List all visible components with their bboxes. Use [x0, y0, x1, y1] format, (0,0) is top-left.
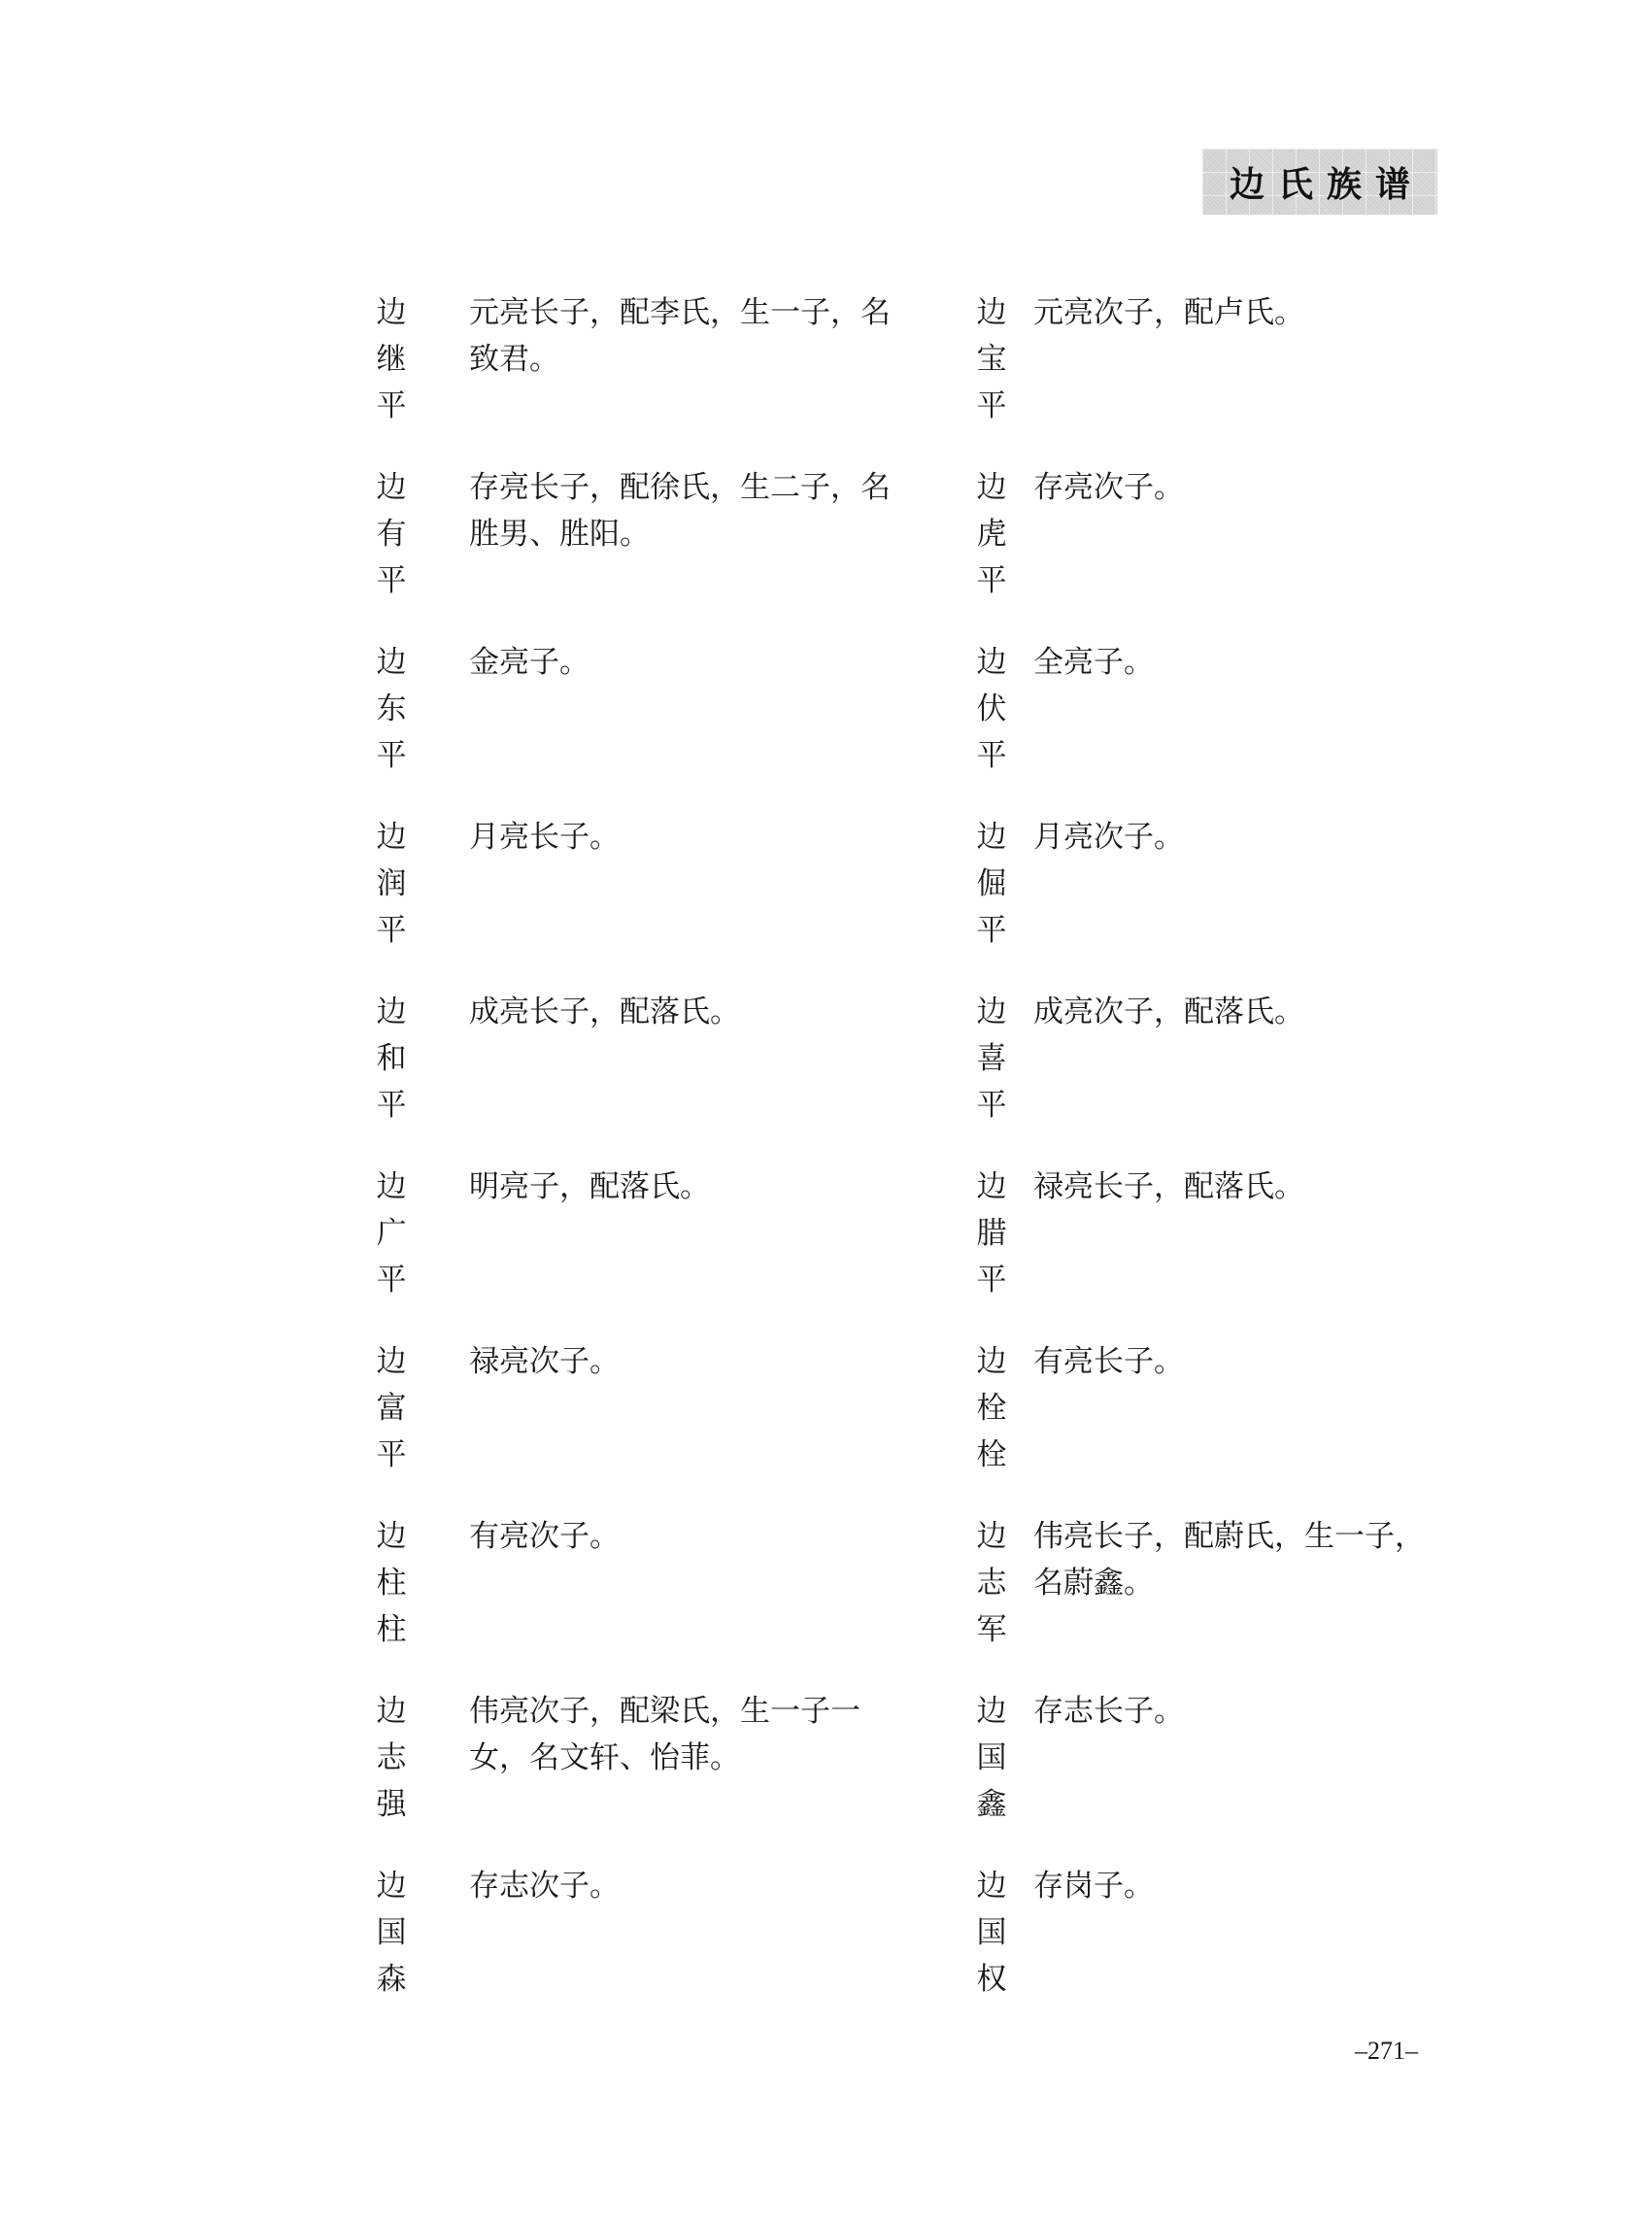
name-char: 边 [974, 1863, 1009, 1909]
name-char: 平 [974, 557, 1009, 604]
person-name: 边 腊 平 [974, 1164, 1009, 1303]
name-char: 平 [974, 732, 1009, 779]
person-name: 边 倔 平 [974, 814, 1009, 954]
person-description: 存亮次子。 [1033, 464, 1461, 511]
person-name: 边 国 鑫 [974, 1688, 1009, 1828]
name-char: 喜 [974, 1035, 1009, 1082]
person-name: 边 和 平 [374, 989, 409, 1129]
name-char: 边 [374, 1513, 409, 1560]
person-description: 全亮子。 [1033, 639, 1461, 686]
name-char: 东 [374, 686, 409, 732]
person-name: 边 国 权 [974, 1863, 1009, 2003]
person-description: 禄亮长子，配落氏。 [1033, 1164, 1461, 1210]
name-char: 边 [374, 289, 409, 336]
name-char: 边 [974, 1688, 1009, 1735]
person-name: 边 栓 栓 [974, 1338, 1009, 1478]
name-char: 边 [974, 1338, 1009, 1385]
name-char: 边 [974, 1164, 1009, 1210]
name-char: 平 [374, 907, 409, 954]
name-char: 平 [974, 1082, 1009, 1129]
name-char: 边 [974, 464, 1009, 511]
person-name: 边 柱 柱 [374, 1513, 409, 1653]
name-char: 平 [374, 732, 409, 779]
name-char: 广 [374, 1210, 409, 1257]
name-char: 伏 [974, 686, 1009, 732]
person-description: 月亮次子。 [1033, 814, 1461, 860]
name-char: 和 [374, 1035, 409, 1082]
person-name: 边 富 平 [374, 1338, 409, 1478]
person-description: 存岗子。 [1033, 1863, 1461, 1909]
name-char: 腊 [974, 1210, 1009, 1257]
name-char: 边 [374, 1164, 409, 1210]
name-char: 国 [374, 1909, 409, 1956]
name-char: 柱 [374, 1606, 409, 1653]
name-char: 虎 [974, 511, 1009, 557]
name-char: 边 [974, 639, 1009, 686]
person-description: 存志长子。 [1033, 1688, 1461, 1735]
person-name: 边 国 森 [374, 1863, 409, 2003]
name-char: 宝 [974, 336, 1009, 383]
person-description: 有亮次子。 [469, 1513, 896, 1560]
name-char: 志 [974, 1560, 1009, 1606]
name-char: 边 [374, 1338, 409, 1385]
name-char: 鑫 [974, 1781, 1009, 1828]
name-char: 边 [974, 1513, 1009, 1560]
name-char: 边 [374, 1688, 409, 1735]
name-char: 边 [374, 639, 409, 686]
person-name: 边 继 平 [374, 289, 409, 429]
name-char: 边 [974, 814, 1009, 860]
person-name: 边 润 平 [374, 814, 409, 954]
name-char: 权 [974, 1956, 1009, 2003]
name-char: 平 [374, 383, 409, 429]
name-char: 富 [374, 1385, 409, 1432]
name-char: 柱 [374, 1560, 409, 1606]
person-name: 边 有 平 [374, 464, 409, 604]
person-description: 金亮子。 [469, 639, 896, 686]
name-char: 倔 [974, 860, 1009, 907]
name-char: 强 [374, 1781, 409, 1828]
name-char: 栓 [974, 1385, 1009, 1432]
name-char: 平 [374, 1432, 409, 1478]
name-char: 边 [374, 989, 409, 1035]
person-name: 边 喜 平 [974, 989, 1009, 1129]
name-char: 边 [374, 1863, 409, 1909]
name-char: 继 [374, 336, 409, 383]
person-description: 禄亮次子。 [469, 1338, 896, 1385]
person-name: 边 志 强 [374, 1688, 409, 1828]
name-char: 边 [974, 289, 1009, 336]
person-name: 边 东 平 [374, 639, 409, 779]
name-char: 森 [374, 1956, 409, 2003]
section-header: 边氏族谱 [1202, 149, 1437, 215]
person-name: 边 虎 平 [974, 464, 1009, 604]
person-description: 成亮长子，配落氏。 [469, 989, 896, 1035]
name-char: 平 [374, 1257, 409, 1303]
name-char: 有 [374, 511, 409, 557]
name-char: 平 [374, 557, 409, 604]
name-char: 栓 [974, 1432, 1009, 1478]
person-name: 边 伏 平 [974, 639, 1009, 779]
section-title: 边氏族谱 [1230, 157, 1424, 207]
name-char: 润 [374, 860, 409, 907]
person-description: 成亮次子，配落氏。 [1033, 989, 1461, 1035]
name-char: 国 [974, 1735, 1009, 1781]
person-description: 存亮长子，配徐氏，生二子，名 胜男、胜阳。 [469, 464, 896, 557]
person-description: 元亮长子，配李氏，生一子，名 致君。 [469, 289, 896, 383]
person-name: 边 宝 平 [974, 289, 1009, 429]
person-description: 月亮长子。 [469, 814, 896, 860]
person-name: 边 广 平 [374, 1164, 409, 1303]
person-description: 存志次子。 [469, 1863, 896, 1909]
name-char: 边 [974, 989, 1009, 1035]
name-char: 军 [974, 1606, 1009, 1653]
person-description: 伟亮长子，配蔚氏，生一子， 名蔚鑫。 [1033, 1513, 1461, 1606]
name-char: 平 [374, 1082, 409, 1129]
name-char: 志 [374, 1735, 409, 1781]
name-char: 边 [374, 814, 409, 860]
name-char: 平 [974, 907, 1009, 954]
person-description: 元亮次子，配卢氏。 [1033, 289, 1461, 336]
person-name: 边 志 军 [974, 1513, 1009, 1653]
name-char: 边 [374, 464, 409, 511]
person-description: 明亮子，配落氏。 [469, 1164, 896, 1210]
name-char: 平 [974, 1257, 1009, 1303]
person-description: 有亮长子。 [1033, 1338, 1461, 1385]
name-char: 国 [974, 1909, 1009, 1956]
person-description: 伟亮次子，配梁氏，生一子一 女，名文轩、怡菲。 [469, 1688, 896, 1781]
name-char: 平 [974, 383, 1009, 429]
page-number: –271– [1355, 2037, 1418, 2066]
